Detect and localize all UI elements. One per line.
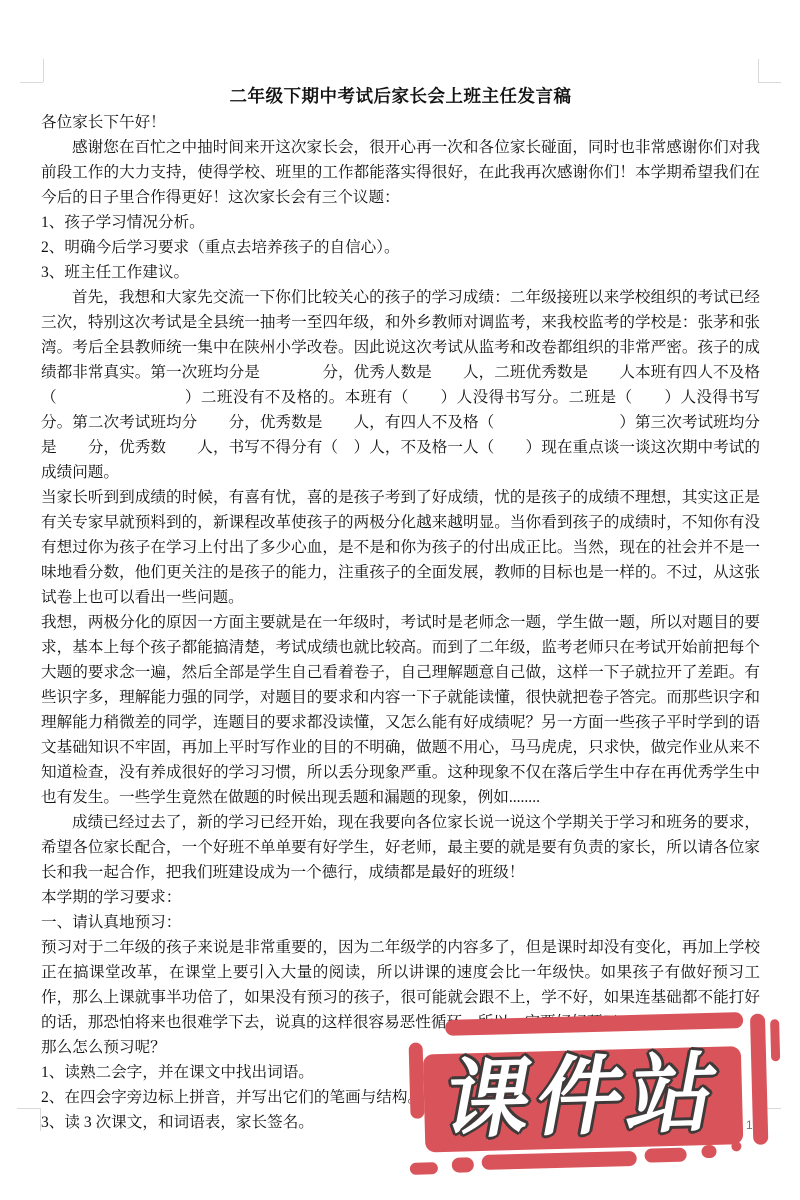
document-page: 二年级下期中考试后家长会上班主任发言稿 各位家长下午好！感谢您在百忙之中抽时间来… xyxy=(0,0,800,1200)
stamp-body: 课件站 xyxy=(423,1046,743,1152)
stamp-border-right-fleck xyxy=(770,1019,780,1061)
paragraph: 成绩已经过去了，新的学习已经开始，现在我要向各位家长说一说这个学期关于学习和班务… xyxy=(41,810,760,885)
paragraph: 当家长听到到成绩的时候，有喜有忧，喜的是孩子考到了好成绩，忧的是孩子的成绩不理想… xyxy=(41,485,760,610)
stamp-label: 课件站 xyxy=(436,1044,730,1150)
paragraph: 3、班主任工作建议。 xyxy=(41,260,760,285)
document-title: 二年级下期中考试后家长会上班主任发言稿 xyxy=(41,84,760,109)
stamp-border-bottom-fleck xyxy=(410,1162,438,1175)
stamp-border-bottom-fleck xyxy=(731,1141,741,1151)
paragraph: 1、孩子学习情况分析。 xyxy=(41,210,760,235)
stamp-border-bottom-fleck xyxy=(452,1157,474,1173)
paragraph: 一、请认真地预习： xyxy=(41,910,760,935)
document-body: 各位家长下午好！感谢您在百忙之中抽时间来开这次家长会，很开心再一次和各位家长碰面… xyxy=(41,110,760,1135)
stamp-border-bottom-fleck xyxy=(644,1148,686,1163)
stamp-border-bottom-fleck xyxy=(701,1145,716,1158)
paragraph: 感谢您在百忙之中抽时间来开这次家长会，很开心再一次和各位家长碰面，同时也非常感谢… xyxy=(41,135,760,210)
stamp-border-left xyxy=(409,1042,425,1118)
document-content: 二年级下期中考试后家长会上班主任发言稿 各位家长下午好！感谢您在百忙之中抽时间来… xyxy=(41,84,760,1135)
paragraph: 我想，两极分化的原因一方面主要就是在一年级时，考试时是老师念一题，学生做一题，所… xyxy=(41,610,760,810)
stamp-border-top xyxy=(445,1012,743,1036)
paragraph: 2、明确今后学习要求（重点去培养孩子的自信心）。 xyxy=(41,235,760,260)
watermark-stamp-icon: 课件站 xyxy=(393,997,798,1192)
stamp-border-right xyxy=(750,1014,768,1145)
paragraph: 各位家长下午好！ xyxy=(41,110,760,135)
paragraph: 首先，我想和大家先交流一下你们比较关心的孩子的学习成绩：二年级接班以来学校组织的… xyxy=(41,285,760,485)
paragraph: 本学期的学习要求： xyxy=(41,885,760,910)
stamp-border-bottom xyxy=(482,1151,637,1170)
